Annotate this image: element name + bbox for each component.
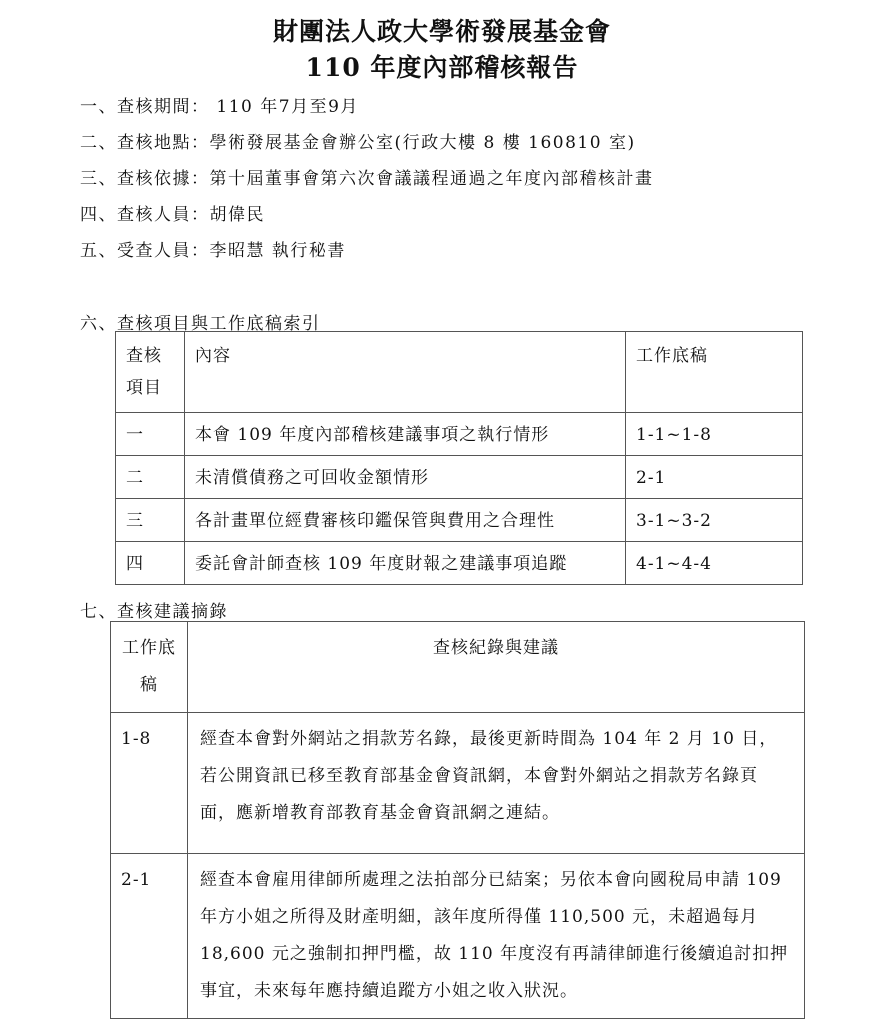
row-content: 委託會計師查核 109 年度財報之建議事項追蹤 xyxy=(185,542,626,585)
info-auditee: 五、受查人員：李昭慧 執行秘書 xyxy=(80,236,346,261)
info-value: 胡偉民 xyxy=(210,205,266,225)
header-item: 查核項目 xyxy=(116,332,185,413)
header-ref: 工作底稿 xyxy=(111,622,188,713)
section7-heading: 七、查核建議摘錄 xyxy=(80,597,228,622)
info-basis: 三、查核依據：第十屆董事會第六次會議議程通過之年度內部稽核計畫 xyxy=(80,164,654,189)
info-location: 二、查核地點：學術發展基金會辦公室(行政大樓 8 樓 160810 室) xyxy=(80,128,636,153)
row-ref: 2-1 xyxy=(626,456,803,499)
document-subtitle: 110 年度內部稽核報告 xyxy=(0,48,884,84)
header-ref: 工作底稿 xyxy=(626,332,803,413)
info-label: 一、查核期間： xyxy=(80,97,210,117)
row-item: 一 xyxy=(116,413,185,456)
audit-index-table: 查核項目 內容 工作底稿 一 本會 109 年度內部稽核建議事項之執行情形 1-… xyxy=(115,331,803,585)
table-row: 三 各計畫單位經費審核印鑑保管與費用之合理性 3-1~3-2 xyxy=(116,499,803,542)
row-ref: 1-8 xyxy=(111,713,188,854)
audit-summary-table: 工作底稿 查核紀錄與建議 1-8 經查本會對外網站之捐款芳名錄，最後更新時間為 … xyxy=(110,621,805,1019)
info-label: 二、查核地點： xyxy=(80,133,210,153)
table-row: 二 未清償債務之可回收金額情形 2-1 xyxy=(116,456,803,499)
info-value: 李昭慧 執行秘書 xyxy=(210,241,346,261)
table-row: 1-8 經查本會對外網站之捐款芳名錄，最後更新時間為 104 年 2 月 10 … xyxy=(111,713,805,854)
info-label: 四、查核人員： xyxy=(80,205,210,225)
row-ref: 3-1~3-2 xyxy=(626,499,803,542)
header-content: 內容 xyxy=(185,332,626,413)
info-label: 五、受查人員： xyxy=(80,241,210,261)
row-content: 未清償債務之可回收金額情形 xyxy=(185,456,626,499)
row-item: 二 xyxy=(116,456,185,499)
table-row: 一 本會 109 年度內部稽核建議事項之執行情形 1-1~1-8 xyxy=(116,413,803,456)
row-content: 各計畫單位經費審核印鑑保管與費用之合理性 xyxy=(185,499,626,542)
table-row: 四 委託會計師查核 109 年度財報之建議事項追蹤 4-1~4-4 xyxy=(116,542,803,585)
info-value: 110 年7月至9月 xyxy=(210,97,359,117)
row-item: 三 xyxy=(116,499,185,542)
table-row: 2-1 經查本會雇用律師所處理之法拍部分已結案；另依本會向國稅局申請 109 年… xyxy=(111,854,805,1019)
header-record: 查核紀錄與建議 xyxy=(188,622,805,713)
row-text: 經查本會對外網站之捐款芳名錄，最後更新時間為 104 年 2 月 10 日，若公… xyxy=(188,713,805,854)
row-ref: 1-1~1-8 xyxy=(626,413,803,456)
row-item: 四 xyxy=(116,542,185,585)
row-text: 經查本會雇用律師所處理之法拍部分已結案；另依本會向國稅局申請 109 年方小姐之… xyxy=(188,854,805,1019)
info-period: 一、查核期間： 110 年7月至9月 xyxy=(80,92,359,117)
info-value: 第十屆董事會第六次會議議程通過之年度內部稽核計畫 xyxy=(210,169,654,189)
table-header-row: 查核項目 內容 工作底稿 xyxy=(116,332,803,413)
row-ref: 2-1 xyxy=(111,854,188,1019)
info-value: 學術發展基金會辦公室(行政大樓 8 樓 160810 室) xyxy=(210,133,636,153)
row-content: 本會 109 年度內部稽核建議事項之執行情形 xyxy=(185,413,626,456)
row-ref: 4-1~4-4 xyxy=(626,542,803,585)
document-title: 財團法人政大學術發展基金會 xyxy=(0,12,884,48)
info-auditor: 四、查核人員：胡偉民 xyxy=(80,200,265,225)
info-label: 三、查核依據： xyxy=(80,169,210,189)
table-header-row: 工作底稿 查核紀錄與建議 xyxy=(111,622,805,713)
